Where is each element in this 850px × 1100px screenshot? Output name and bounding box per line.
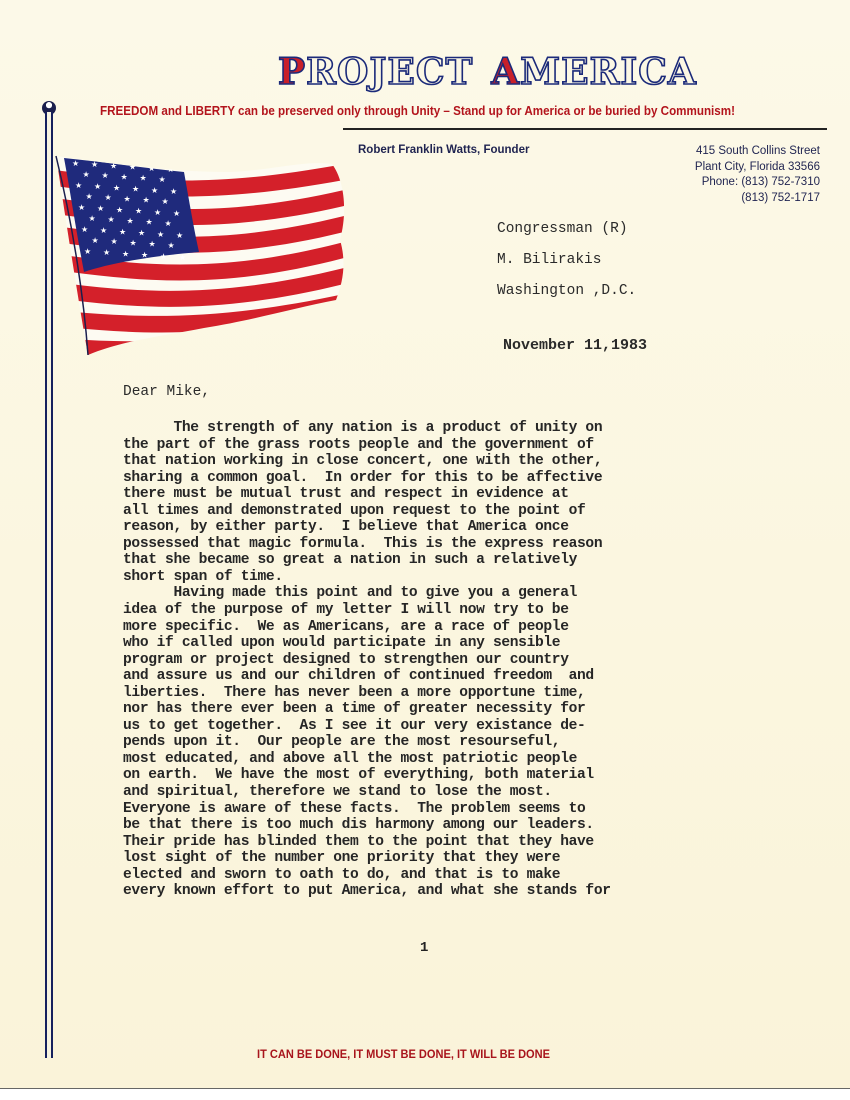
- flagpole-icon: [45, 112, 53, 1058]
- svg-text:★: ★: [141, 251, 148, 260]
- founder-name: Robert Franklin Watts, Founder: [358, 144, 529, 156]
- svg-text:★: ★: [127, 216, 134, 225]
- address-street: 415 South Collins Street: [695, 144, 820, 160]
- body-line: more specific. We as Americans, are a ra…: [123, 619, 723, 636]
- recipient-block: Congressman (R) M. Bilirakis Washington …: [497, 214, 636, 307]
- svg-text:★: ★: [135, 207, 142, 216]
- svg-text:★: ★: [94, 182, 101, 191]
- svg-text:★: ★: [100, 226, 107, 235]
- letter-date: November 11,1983: [503, 337, 647, 354]
- svg-text:★: ★: [121, 172, 128, 181]
- svg-text:★: ★: [179, 253, 186, 262]
- title-word-project-rest: ROJECT: [306, 51, 473, 93]
- body-line: elected and sworn to oath to do, and tha…: [123, 867, 723, 884]
- body-line: that nation working in close concert, on…: [123, 453, 723, 470]
- svg-text:★: ★: [75, 181, 82, 190]
- svg-text:★: ★: [111, 237, 118, 246]
- body-line: most educated, and above all the most pa…: [123, 751, 723, 768]
- svg-text:★: ★: [151, 186, 158, 195]
- body-line: program or project designed to strengthe…: [123, 652, 723, 669]
- body-line: reason, by either party. I believe that …: [123, 519, 723, 536]
- svg-text:★: ★: [170, 187, 177, 196]
- body-line: nor has there ever been a time of greate…: [123, 701, 723, 718]
- body-line: Having made this point and to give you a…: [123, 585, 723, 602]
- address-phone-1: Phone: (813) 752-7310: [695, 175, 820, 191]
- svg-text:★: ★: [103, 248, 110, 257]
- svg-text:★: ★: [81, 225, 88, 234]
- body-line: there must be mutual trust and respect i…: [123, 486, 723, 503]
- svg-text:★: ★: [119, 227, 126, 236]
- body-line: liberties. There has never been a more o…: [123, 685, 723, 702]
- body-line: all times and demonstrated upon request …: [123, 503, 723, 520]
- footer-motto: IT CAN BE DONE, IT MUST BE DONE, IT WILL…: [257, 1047, 550, 1061]
- address-phone-2: (813) 752-1717: [695, 191, 820, 207]
- title-initial-a: A: [491, 51, 520, 93]
- svg-text:★: ★: [149, 240, 156, 249]
- svg-text:★: ★: [162, 197, 169, 206]
- svg-text:★: ★: [116, 205, 123, 214]
- svg-text:★: ★: [78, 203, 85, 212]
- svg-text:★: ★: [159, 175, 166, 184]
- body-line: short span of time.: [123, 569, 723, 586]
- body-line: us to get together. As I see it our very…: [123, 718, 723, 735]
- body-line: and assure us and our children of contin…: [123, 668, 723, 685]
- body-line: that she became so great a nation in suc…: [123, 552, 723, 569]
- body-line: be that there is too much dis harmony am…: [123, 817, 723, 834]
- svg-text:★: ★: [165, 219, 172, 228]
- address-city: Plant City, Florida 33566: [695, 160, 820, 176]
- body-line: and spiritual, therefore we stand to los…: [123, 784, 723, 801]
- svg-text:★: ★: [160, 252, 167, 261]
- svg-text:★: ★: [138, 229, 145, 238]
- body-line: the part of the grass roots people and t…: [123, 437, 723, 454]
- svg-text:★: ★: [92, 236, 99, 245]
- recipient-title: Congressman (R): [497, 214, 636, 245]
- masthead-title: PROJECTAMERICA: [278, 48, 598, 96]
- svg-text:★: ★: [140, 174, 147, 183]
- body-line: Their pride has blinded them to the poin…: [123, 834, 723, 851]
- svg-text:★: ★: [113, 183, 120, 192]
- svg-text:★: ★: [129, 163, 136, 172]
- svg-text:★: ★: [110, 161, 117, 170]
- svg-text:★: ★: [167, 165, 174, 174]
- svg-text:★: ★: [102, 171, 109, 180]
- svg-text:★: ★: [148, 164, 155, 173]
- body-line: lost sight of the number one priority th…: [123, 850, 723, 867]
- body-line: on earth. We have the most of everything…: [123, 767, 723, 784]
- letter-body: The strength of any nation is a product …: [123, 420, 723, 900]
- letterhead-slogan: FREEDOM and LIBERTY can be preserved onl…: [100, 104, 732, 118]
- body-line: every known effort to put America, and w…: [123, 883, 723, 900]
- recipient-name: M. Bilirakis: [497, 245, 636, 276]
- svg-text:★: ★: [176, 231, 183, 240]
- svg-text:★: ★: [132, 185, 139, 194]
- header-divider: [343, 128, 827, 130]
- recipient-location: Washington ,D.C.: [497, 276, 636, 307]
- body-line: Everyone is aware of these facts. The pr…: [123, 801, 723, 818]
- svg-text:★: ★: [72, 159, 79, 168]
- svg-text:★: ★: [157, 230, 164, 239]
- svg-text:★: ★: [154, 208, 161, 217]
- svg-text:★: ★: [146, 218, 153, 227]
- title-initial-p: P: [278, 51, 306, 93]
- body-line: possessed that magic formula. This is th…: [123, 536, 723, 553]
- us-flag-icon: ★★★★★★★★★★★★★★★★★★★★★★★★★★★★★★★★★★★★★★★★…: [54, 150, 354, 365]
- svg-text:★: ★: [89, 214, 96, 223]
- body-line: sharing a common goal. In order for this…: [123, 470, 723, 487]
- page-edge: [0, 1088, 850, 1100]
- svg-text:★: ★: [86, 192, 93, 201]
- svg-text:★: ★: [108, 215, 115, 224]
- svg-text:★: ★: [130, 238, 137, 247]
- svg-text:★: ★: [97, 204, 104, 213]
- svg-text:★: ★: [91, 160, 98, 169]
- svg-text:★: ★: [105, 193, 112, 202]
- svg-text:★: ★: [83, 170, 90, 179]
- svg-text:★: ★: [143, 196, 150, 205]
- body-line: The strength of any nation is a product …: [123, 420, 723, 437]
- title-word-america-rest: MERICA: [520, 51, 697, 93]
- svg-text:★: ★: [124, 194, 131, 203]
- svg-text:★: ★: [84, 247, 91, 256]
- body-line: idea of the purpose of my letter I will …: [123, 602, 723, 619]
- letterhead-address: 415 South Collins Street Plant City, Flo…: [695, 144, 820, 207]
- salutation: Dear Mike,: [123, 384, 210, 400]
- svg-text:★: ★: [173, 209, 180, 218]
- svg-text:★: ★: [122, 249, 129, 258]
- body-line: pends upon it. Our people are the most r…: [123, 734, 723, 751]
- body-line: who if called upon would participate in …: [123, 635, 723, 652]
- page-number: 1: [420, 940, 428, 956]
- svg-text:★: ★: [168, 241, 175, 250]
